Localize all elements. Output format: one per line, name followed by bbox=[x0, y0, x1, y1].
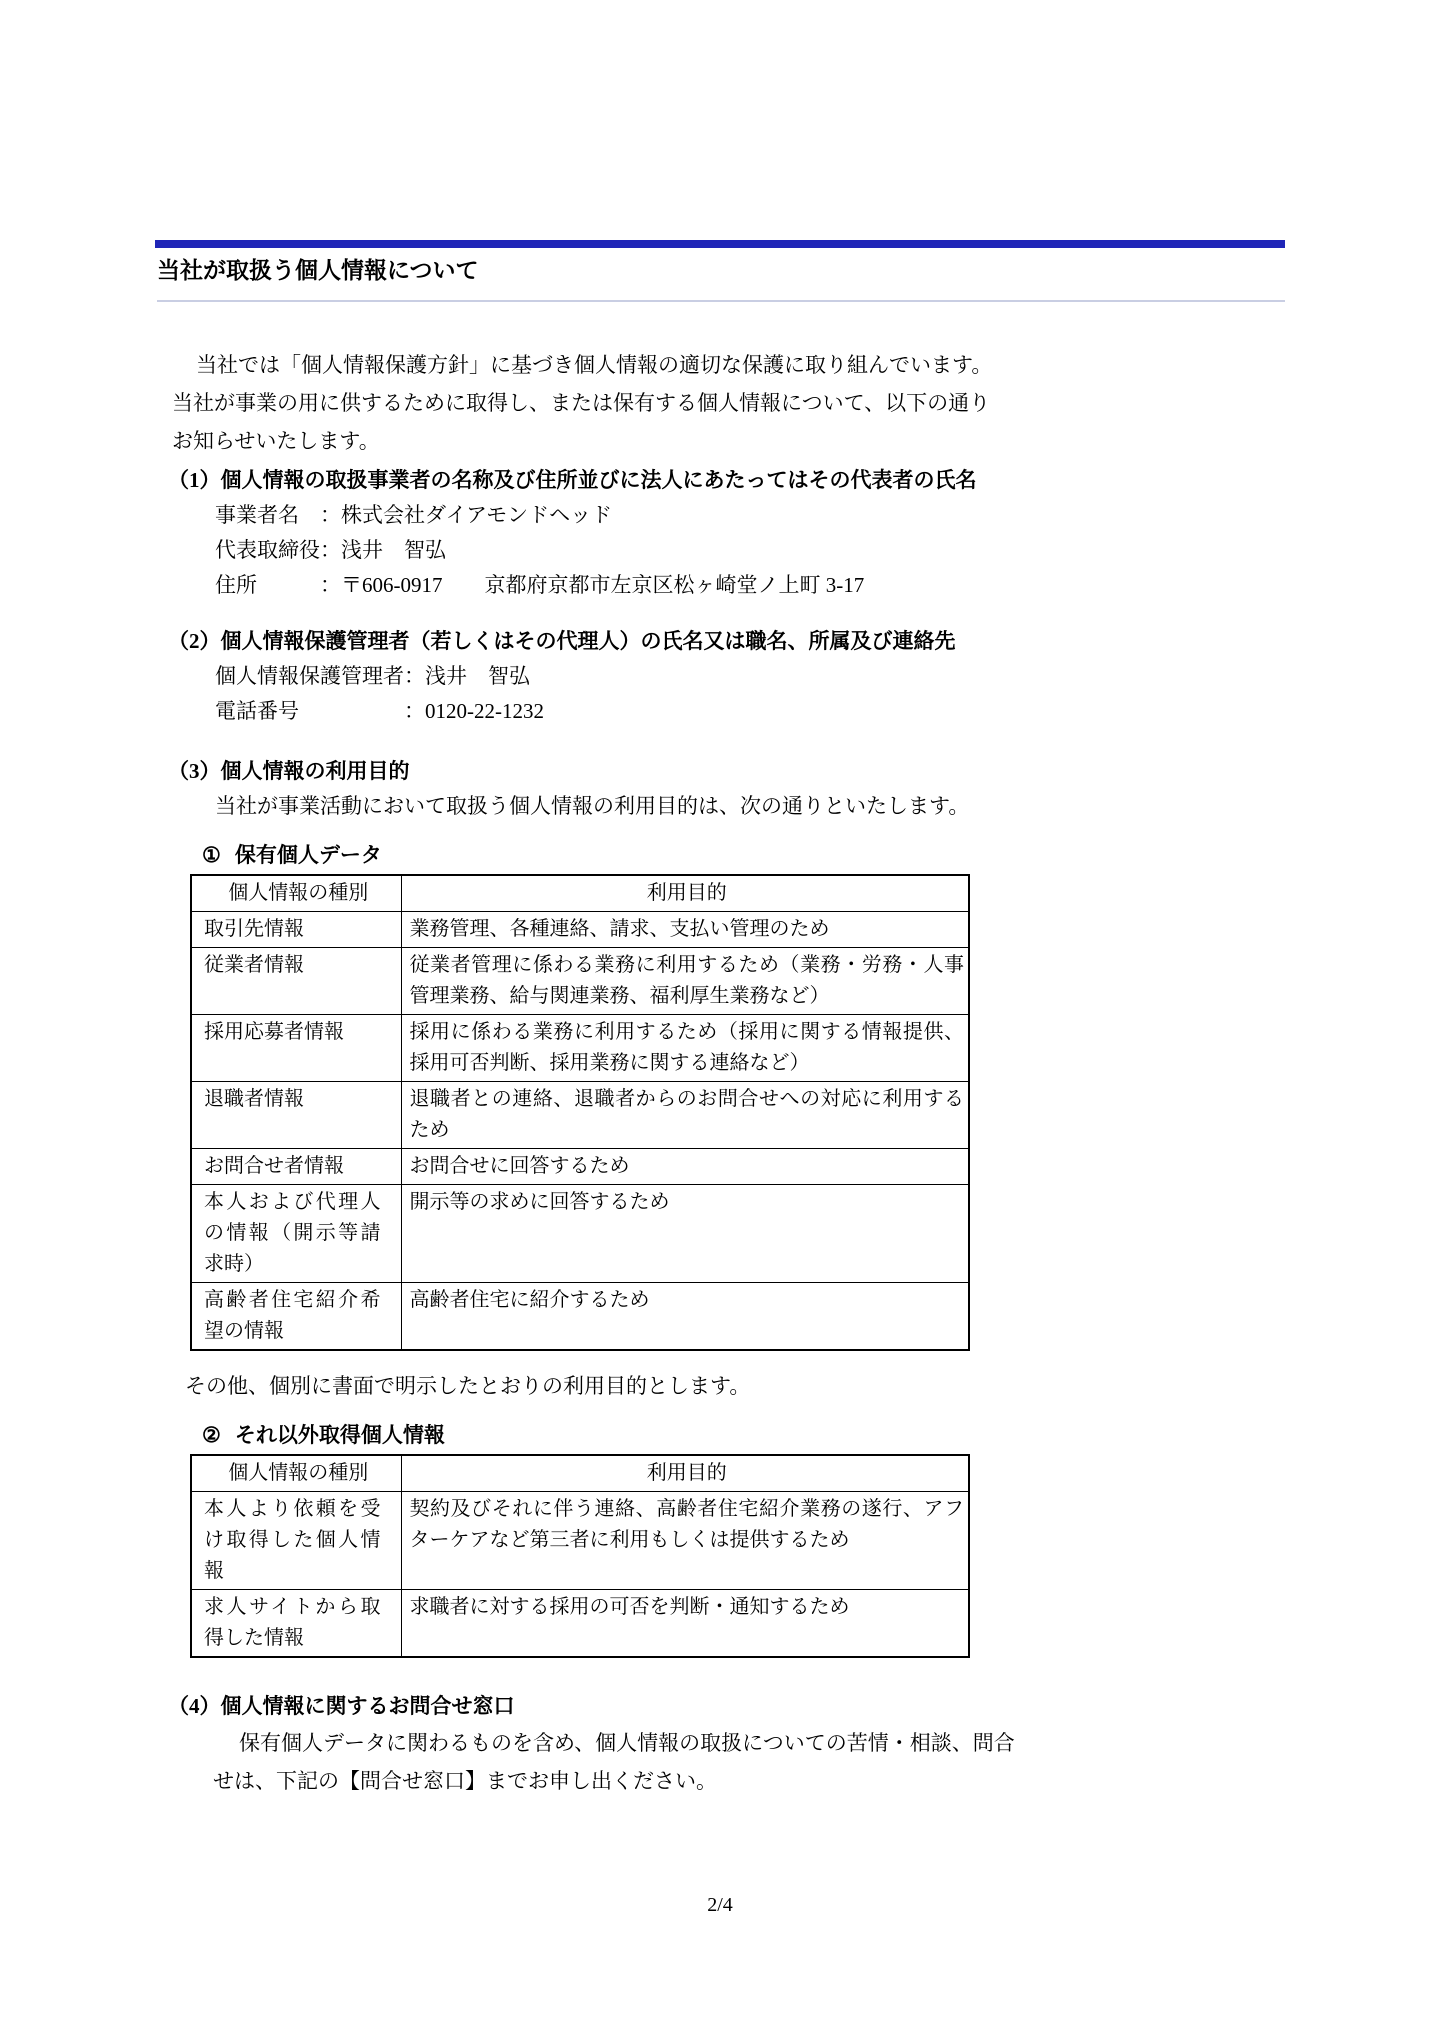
table-header-row: 個人情報の種別 利用目的 bbox=[191, 1455, 969, 1492]
section-2-heading: （2）個人情報保護管理者（若しくはその代理人）の氏名又は職名、所属及び連絡先 bbox=[168, 623, 1285, 659]
type-cell: 取引先情報 bbox=[191, 912, 401, 948]
section-4-heading: （4）個人情報に関するお問合せ窓口 bbox=[168, 1688, 1285, 1724]
type-cell: 求人サイトから取得した情報 bbox=[191, 1590, 401, 1658]
type-cell: 高齢者住宅紹介希望の情報 bbox=[191, 1283, 401, 1351]
page-title: 当社が取扱う個人情報について bbox=[157, 256, 1285, 302]
privacy-manager-line: 個人情報保護管理者：浅井 智弘 bbox=[215, 659, 1285, 694]
section-2: （2）個人情報保護管理者（若しくはその代理人）の氏名又は職名、所属及び連絡先 個… bbox=[155, 623, 1285, 729]
table-row: 求人サイトから取得した情報 求職者に対する採用の可否を判断・通知するため bbox=[191, 1590, 969, 1658]
section-4-body: 保有個人データに関わるものを含め、個人情報の取扱についての苦情・相談、問合 せは… bbox=[213, 1724, 1285, 1800]
type-cell: 退職者情報 bbox=[191, 1082, 401, 1149]
section-1-heading: （1）個人情報の取扱事業者の名称及び住所並びに法人にあたってはその代表者の氏名 bbox=[168, 462, 1285, 498]
intro-line: お知らせいたします。 bbox=[172, 422, 1285, 460]
representative-line: 代表取締役：浅井 智弘 bbox=[215, 533, 1285, 568]
table-row: 高齢者住宅紹介希望の情報 高齢者住宅に紹介するため bbox=[191, 1283, 969, 1351]
address-line: 住所 ：〒606-0917 京都府京都市左京区松ヶ崎堂ノ上町 3-17 bbox=[215, 568, 1285, 603]
contact-line: せは、下記の【問合せ窓口】までお申し出ください。 bbox=[213, 1762, 1285, 1800]
purpose-cell: 採用に係わる業務に利用するため（採用に関する情報提供、採用可否判断、採用業務に関… bbox=[401, 1015, 969, 1082]
column-header-type: 個人情報の種別 bbox=[191, 1455, 401, 1492]
purpose-cell: 退職者との連絡、退職者からのお問合せへの対応に利用するため bbox=[401, 1082, 969, 1149]
purpose-cell: 高齢者住宅に紹介するため bbox=[401, 1283, 969, 1351]
table-row: 採用応募者情報 採用に係わる業務に利用するため（採用に関する情報提供、採用可否判… bbox=[191, 1015, 969, 1082]
type-cell: 採用応募者情報 bbox=[191, 1015, 401, 1082]
business-name-line: 事業者名 ：株式会社ダイアモンドヘッド bbox=[215, 498, 1285, 533]
section-3: （3）個人情報の利用目的 当社が事業活動において取扱う個人情報の利用目的は、次の… bbox=[155, 753, 1285, 1658]
phone-number-line: 電話番号 ：0120-22-1232 bbox=[215, 694, 1285, 729]
document-page: { "colors": { "accent_bar": "#2026b8", "… bbox=[0, 0, 1440, 2036]
purpose-cell: 業務管理、各種連絡、請求、支払い管理のため bbox=[401, 912, 969, 948]
table-header-row: 個人情報の種別 利用目的 bbox=[191, 875, 969, 912]
column-header-purpose: 利用目的 bbox=[401, 875, 969, 912]
type-cell: 従業者情報 bbox=[191, 948, 401, 1015]
type-cell: 本人および代理人の情報（開示等請求時） bbox=[191, 1185, 401, 1283]
retained-personal-data-table: 個人情報の種別 利用目的 取引先情報 業務管理、各種連絡、請求、支払い管理のため… bbox=[190, 874, 970, 1351]
contact-line: 保有個人データに関わるものを含め、個人情報の取扱についての苦情・相談、問合 bbox=[213, 1724, 1285, 1762]
purpose-cell: お問合せに回答するため bbox=[401, 1149, 969, 1185]
other-purposes-note: その他、個別に書面で明示したとおりの利用目的とします。 bbox=[185, 1369, 1285, 1404]
table-row: 退職者情報 退職者との連絡、退職者からのお問合せへの対応に利用するため bbox=[191, 1082, 969, 1149]
page-content: 当社が取扱う個人情報について 当社では「個人情報保護方針」に基づき個人情報の適切… bbox=[155, 0, 1285, 1800]
section-1: （1）個人情報の取扱事業者の名称及び住所並びに法人にあたってはその代表者の氏名 … bbox=[155, 462, 1285, 603]
subsection-1-title: 保有個人データ bbox=[235, 843, 382, 867]
column-header-type: 個人情報の種別 bbox=[191, 875, 401, 912]
intro-paragraph: 当社では「個人情報保護方針」に基づき個人情報の適切な保護に取り組んでいます。 当… bbox=[172, 346, 1285, 460]
section-3-body: 当社が事業活動において取扱う個人情報の利用目的は、次の通りといたします。 bbox=[215, 789, 1285, 824]
header-accent-bar bbox=[155, 240, 1285, 248]
section-3-heading: （3）個人情報の利用目的 bbox=[168, 753, 1285, 789]
subsection-2-label: ②それ以外取得個人情報 bbox=[202, 1418, 1285, 1452]
section-1-body: 事業者名 ：株式会社ダイアモンドヘッド 代表取締役：浅井 智弘 住所 ：〒606… bbox=[215, 498, 1285, 603]
section-4: （4）個人情報に関するお問合せ窓口 保有個人データに関わるものを含め、個人情報の… bbox=[155, 1688, 1285, 1800]
table-row: 従業者情報 従業者管理に係わる業務に利用するため（業務・労務・人事管理業務、給与… bbox=[191, 948, 969, 1015]
subsection-2-title: それ以外取得個人情報 bbox=[235, 1423, 445, 1447]
circled-1-marker: ① bbox=[202, 838, 221, 872]
table-row: お問合せ者情報 お問合せに回答するため bbox=[191, 1149, 969, 1185]
purpose-cell: 従業者管理に係わる業務に利用するため（業務・労務・人事管理業務、給与関連業務、福… bbox=[401, 948, 969, 1015]
section-2-body: 個人情報保護管理者：浅井 智弘 電話番号 ：0120-22-1232 bbox=[215, 659, 1285, 729]
table-row: 本人および代理人の情報（開示等請求時） 開示等の求めに回答するため bbox=[191, 1185, 969, 1283]
subsection-1-label: ①保有個人データ bbox=[202, 838, 1285, 872]
purpose-cell: 契約及びそれに伴う連絡、高齢者住宅紹介業務の遂行、アフターケアなど第三者に利用も… bbox=[401, 1492, 969, 1590]
table-row: 本人より依頼を受け取得した個人情報 契約及びそれに伴う連絡、高齢者住宅紹介業務の… bbox=[191, 1492, 969, 1590]
purpose-intro-line: 当社が事業活動において取扱う個人情報の利用目的は、次の通りといたします。 bbox=[215, 789, 1285, 824]
intro-line: 当社が事業の用に供するために取得し、または保有する個人情報について、以下の通り bbox=[172, 384, 1285, 422]
column-header-purpose: 利用目的 bbox=[401, 1455, 969, 1492]
circled-2-marker: ② bbox=[202, 1418, 221, 1452]
purpose-cell: 求職者に対する採用の可否を判断・通知するため bbox=[401, 1590, 969, 1658]
type-cell: お問合せ者情報 bbox=[191, 1149, 401, 1185]
purpose-cell: 開示等の求めに回答するため bbox=[401, 1185, 969, 1283]
page-number: 2/4 bbox=[0, 1894, 1440, 1917]
other-acquired-data-table: 個人情報の種別 利用目的 本人より依頼を受け取得した個人情報 契約及びそれに伴う… bbox=[190, 1454, 970, 1658]
table-row: 取引先情報 業務管理、各種連絡、請求、支払い管理のため bbox=[191, 912, 969, 948]
intro-line: 当社では「個人情報保護方針」に基づき個人情報の適切な保護に取り組んでいます。 bbox=[172, 346, 1285, 384]
type-cell: 本人より依頼を受け取得した個人情報 bbox=[191, 1492, 401, 1590]
